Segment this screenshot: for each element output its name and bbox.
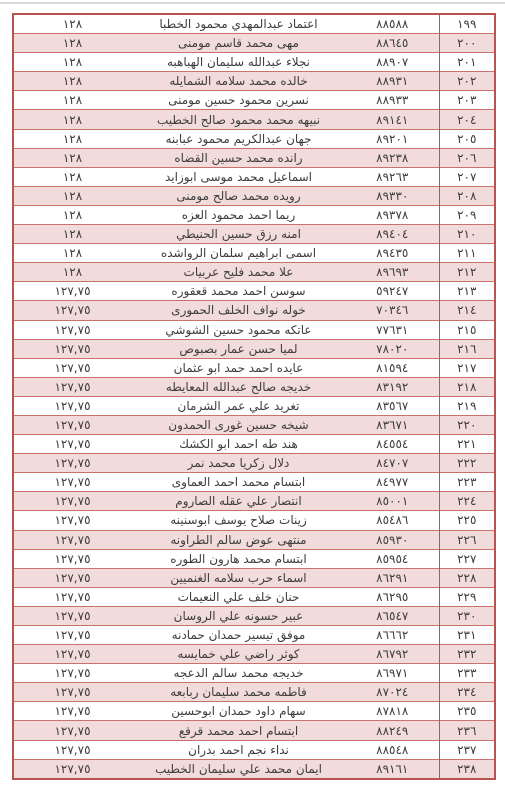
cell-id: ٨٩٣٧٨ xyxy=(346,205,439,224)
cell-id: ٨٦٩٧١ xyxy=(346,664,439,683)
table-row: ٢٠٣٨٨٩٣٣نسرين محمود حسين مومنى١٢٨ xyxy=(13,91,495,110)
table-row: ٢٢١٨٤٥٥٤هند طه احمد ابو الكشك١٢٧,٧٥ xyxy=(13,435,495,454)
cell-score: ١٢٧,٧٥ xyxy=(13,454,131,473)
cell-score: ١٢٧,٧٥ xyxy=(13,721,131,740)
cell-id: ٨٦٢٩١ xyxy=(346,568,439,587)
cell-id: ٨٨٥٤٨ xyxy=(346,740,439,759)
cell-rank: ٢٢٠ xyxy=(439,415,495,434)
cell-id: ٨٥٩٥٤ xyxy=(346,549,439,568)
cell-score: ١٢٨ xyxy=(13,14,131,34)
cell-rank: ٢٣٧ xyxy=(439,740,495,759)
cell-score: ١٢٧,٧٥ xyxy=(13,683,131,702)
table-row: ٢٢٢٨٤٧٠٧دلال زكريا محمد نمر١٢٧,٧٥ xyxy=(13,454,495,473)
cell-score: ١٢٨ xyxy=(13,244,131,263)
cell-rank: ٢٣٦ xyxy=(439,721,495,740)
cell-name: عايده احمد حمد ابو عثمان xyxy=(131,358,346,377)
cell-score: ١٢٨ xyxy=(13,148,131,167)
cell-rank: ٢١٧ xyxy=(439,358,495,377)
table-row: ٢٣٣٨٦٩٧١خديجه محمد سالم الدعجه١٢٧,٧٥ xyxy=(13,664,495,683)
table-row: ٢٠٠٨٨٦٤٥مهى محمد قاسم مومنى١٢٨ xyxy=(13,34,495,53)
table-row: ٢٣٧٨٨٥٤٨نداء نجم احمد بدران١٢٧,٧٥ xyxy=(13,740,495,759)
cell-score: ١٢٧,٧٥ xyxy=(13,358,131,377)
cell-rank: ٢٣١ xyxy=(439,626,495,645)
cell-rank: ١٩٩ xyxy=(439,14,495,34)
cell-name: نجلاء عبدالله سليمان الهباهبه xyxy=(131,53,346,72)
cell-id: ٨٣٥٦٧ xyxy=(346,396,439,415)
cell-rank: ٢٣٣ xyxy=(439,664,495,683)
cell-rank: ٢٢٢ xyxy=(439,454,495,473)
cell-id: ٨٥٩٣٠ xyxy=(346,530,439,549)
cell-name: ايمان محمد علي سليمان الخطيب xyxy=(131,759,346,779)
cell-score: ١٢٧,٧٥ xyxy=(13,626,131,645)
cell-score: ١٢٨ xyxy=(13,186,131,205)
cell-rank: ٢٢٦ xyxy=(439,530,495,549)
cell-id: ٨٨٥٨٨ xyxy=(346,14,439,34)
table-row: ٢٢٨٨٦٢٩١اسماء حرب سلامه الغنميين١٢٧,٧٥ xyxy=(13,568,495,587)
cell-score: ١٢٧,٧٥ xyxy=(13,301,131,320)
cell-name: عبير حسونه علي الروسان xyxy=(131,606,346,625)
cell-name: اسماعيل محمد موسى ابوزايد xyxy=(131,167,346,186)
cell-rank: ٢١٨ xyxy=(439,377,495,396)
cell-id: ٨٩٤٠٤ xyxy=(346,225,439,244)
cell-id: ٨٥٤٨٦ xyxy=(346,511,439,530)
cell-id: ٨٩٦٩٣ xyxy=(346,263,439,282)
table-row: ٢١٩٨٣٥٦٧تغريد علي عمر الشرمان١٢٧,٧٥ xyxy=(13,396,495,415)
cell-name: منتهى عوض سالم الطراونه xyxy=(131,530,346,549)
cell-name: انتصار علي عقله الصاروم xyxy=(131,492,346,511)
cell-rank: ٢٢٨ xyxy=(439,568,495,587)
cell-score: ١٢٧,٧٥ xyxy=(13,740,131,759)
cell-id: ٨٩٤٣٥ xyxy=(346,244,439,263)
table-row: ٢٢٦٨٥٩٣٠منتهى عوض سالم الطراونه١٢٧,٧٥ xyxy=(13,530,495,549)
cell-id: ٨٤٥٥٤ xyxy=(346,435,439,454)
cell-name: خالده محمد سلامه الشمايله xyxy=(131,72,346,91)
table-row: ١٩٩٨٨٥٨٨اعتماد عبدالمهدي محمود الخطبا١٢٨ xyxy=(13,14,495,34)
cell-name: رويده محمد صالح مومنى xyxy=(131,186,346,205)
cell-score: ١٢٨ xyxy=(13,205,131,224)
cell-score: ١٢٧,٧٥ xyxy=(13,415,131,434)
cell-rank: ٢٠٤ xyxy=(439,110,495,129)
cell-rank: ٢٠١ xyxy=(439,53,495,72)
cell-id: ٨٨٩٣١ xyxy=(346,72,439,91)
cell-id: ٨٩٢٣٨ xyxy=(346,148,439,167)
cell-score: ١٢٨ xyxy=(13,91,131,110)
cell-name: ابتسام احمد محمد قرقع xyxy=(131,721,346,740)
cell-score: ١٢٧,٧٥ xyxy=(13,511,131,530)
table-row: ٢٠٤٨٩١٤١نبيهه محمد محمود صالح الخطيب١٢٨ xyxy=(13,110,495,129)
table-row: ٢١٨٨٣١٩٢خديجه صالح عبدالله المعايطه١٢٧,٧… xyxy=(13,377,495,396)
cell-id: ٨٩٢٠١ xyxy=(346,129,439,148)
table-row: ٢٣٤٨٧٠٢٤فاطمه محمد سليمان ربابعه١٢٧,٧٥ xyxy=(13,683,495,702)
cell-name: كوثر راضي علي خمايسه xyxy=(131,645,346,664)
cell-rank: ٢٢٧ xyxy=(439,549,495,568)
cell-rank: ٢١٦ xyxy=(439,339,495,358)
table-row: ٢٢٤٨٥٠٠١انتصار علي عقله الصاروم١٢٧,٧٥ xyxy=(13,492,495,511)
cell-name: سوسن احمد محمد قعقوره xyxy=(131,282,346,301)
table-row: ٢١٧٨١٥٩٤عايده احمد حمد ابو عثمان١٢٧,٧٥ xyxy=(13,358,495,377)
cell-name: نداء نجم احمد بدران xyxy=(131,740,346,759)
cell-score: ١٢٨ xyxy=(13,110,131,129)
cell-id: ٨٩٣٣٠ xyxy=(346,186,439,205)
table-row: ٢١٣٥٩٢٤٧سوسن احمد محمد قعقوره١٢٧,٧٥ xyxy=(13,282,495,301)
cell-id: ٨٩١٦١ xyxy=(346,759,439,779)
cell-id: ٨٨٢٤٩ xyxy=(346,721,439,740)
cell-id: ٥٩٢٤٧ xyxy=(346,282,439,301)
cell-score: ١٢٨ xyxy=(13,34,131,53)
cell-name: عاتكه محمود حسين الشوشي xyxy=(131,320,346,339)
table-row: ٢٢٠٨٣٦٧١شيخه حسين غورى الحمدون١٢٧,٧٥ xyxy=(13,415,495,434)
table-row: ٢٣٦٨٨٢٤٩ابتسام احمد محمد قرقع١٢٧,٧٥ xyxy=(13,721,495,740)
scan-artifact-line xyxy=(0,2,505,4)
cell-id: ٨٩١٤١ xyxy=(346,110,439,129)
results-table-body: ١٩٩٨٨٥٨٨اعتماد عبدالمهدي محمود الخطبا١٢٨… xyxy=(13,14,495,779)
cell-id: ٨٦٦٦٢ xyxy=(346,626,439,645)
cell-rank: ٢٠٩ xyxy=(439,205,495,224)
cell-name: اعتماد عبدالمهدي محمود الخطبا xyxy=(131,14,346,34)
cell-id: ٨٩٢٦٣ xyxy=(346,167,439,186)
cell-name: فاطمه محمد سليمان ربابعه xyxy=(131,683,346,702)
cell-id: ٧٧٦٣١ xyxy=(346,320,439,339)
results-table: ١٩٩٨٨٥٨٨اعتماد عبدالمهدي محمود الخطبا١٢٨… xyxy=(12,13,496,780)
cell-id: ٨١٥٩٤ xyxy=(346,358,439,377)
table-row: ٢٠٦٨٩٢٣٨رانده محمد حسين القضاه١٢٨ xyxy=(13,148,495,167)
table-row: ٢٣٨٨٩١٦١ايمان محمد علي سليمان الخطيب١٢٧,… xyxy=(13,759,495,779)
cell-id: ٨٧٨١٨ xyxy=(346,702,439,721)
table-row: ٢٢٩٨٦٢٩٥حنان خلف علي النعيمات١٢٧,٧٥ xyxy=(13,587,495,606)
cell-score: ١٢٧,٧٥ xyxy=(13,435,131,454)
cell-name: نبيهه محمد محمود صالح الخطيب xyxy=(131,110,346,129)
cell-name: ابتسام محمد هارون الطوره xyxy=(131,549,346,568)
cell-rank: ٢١٤ xyxy=(439,301,495,320)
cell-score: ١٢٧,٧٥ xyxy=(13,530,131,549)
cell-rank: ٢٢٩ xyxy=(439,587,495,606)
cell-rank: ٢٣٤ xyxy=(439,683,495,702)
table-row: ٢٠٢٨٨٩٣١خالده محمد سلامه الشمايله١٢٨ xyxy=(13,72,495,91)
cell-rank: ٢٠٠ xyxy=(439,34,495,53)
cell-id: ٨٦٢٩٥ xyxy=(346,587,439,606)
table-row: ٢١٤٧٠٣٤٦خوله نواف الخلف الحمورى١٢٧,٧٥ xyxy=(13,301,495,320)
cell-rank: ٢٣٠ xyxy=(439,606,495,625)
cell-score: ١٢٧,٧٥ xyxy=(13,759,131,779)
cell-id: ٨٨٩٣٣ xyxy=(346,91,439,110)
cell-rank: ٢٠٨ xyxy=(439,186,495,205)
cell-score: ١٢٧,٧٥ xyxy=(13,587,131,606)
cell-score: ١٢٨ xyxy=(13,167,131,186)
cell-score: ١٢٧,٧٥ xyxy=(13,492,131,511)
cell-id: ٨٨٩٠٧ xyxy=(346,53,439,72)
cell-rank: ٢٠٥ xyxy=(439,129,495,148)
cell-rank: ٢٣٢ xyxy=(439,645,495,664)
cell-name: دلال زكريا محمد نمر xyxy=(131,454,346,473)
cell-id: ٨٤٩٧٧ xyxy=(346,473,439,492)
cell-rank: ٢٠٢ xyxy=(439,72,495,91)
cell-name: موفق تيسير حمدان حمادنه xyxy=(131,626,346,645)
cell-name: مهى محمد قاسم مومنى xyxy=(131,34,346,53)
cell-name: اسماء حرب سلامه الغنميين xyxy=(131,568,346,587)
cell-name: زينات صلاح يوسف ابوسنينه xyxy=(131,511,346,530)
table-row: ٢٠٨٨٩٣٣٠رويده محمد صالح مومنى١٢٨ xyxy=(13,186,495,205)
cell-score: ١٢٧,٧٥ xyxy=(13,549,131,568)
table-row: ٢٣١٨٦٦٦٢موفق تيسير حمدان حمادنه١٢٧,٧٥ xyxy=(13,626,495,645)
cell-id: ٧٨٠٢٠ xyxy=(346,339,439,358)
cell-rank: ٢١٠ xyxy=(439,225,495,244)
cell-name: شيخه حسين غورى الحمدون xyxy=(131,415,346,434)
cell-rank: ٢١٩ xyxy=(439,396,495,415)
cell-name: حنان خلف علي النعيمات xyxy=(131,587,346,606)
table-row: ٢٢٣٨٤٩٧٧ابتسام محمد احمد العماوى١٢٧,٧٥ xyxy=(13,473,495,492)
table-row: ٢١٥٧٧٦٣١عاتكه محمود حسين الشوشي١٢٧,٧٥ xyxy=(13,320,495,339)
table-row: ٢٠٩٨٩٣٧٨ريما احمد محمود العزه١٢٨ xyxy=(13,205,495,224)
table-row: ٢١٦٧٨٠٢٠لميا حسن عمار بصبوص١٢٧,٧٥ xyxy=(13,339,495,358)
cell-score: ١٢٨ xyxy=(13,72,131,91)
cell-id: ٨٤٧٠٧ xyxy=(346,454,439,473)
cell-id: ٨٦٥٤٧ xyxy=(346,606,439,625)
cell-name: جهان عبدالكريم محمود عبابنه xyxy=(131,129,346,148)
cell-rank: ٢٣٨ xyxy=(439,759,495,779)
cell-rank: ٢٠٧ xyxy=(439,167,495,186)
cell-score: ١٢٨ xyxy=(13,129,131,148)
cell-id: ٧٠٣٤٦ xyxy=(346,301,439,320)
cell-name: لميا حسن عمار بصبوص xyxy=(131,339,346,358)
cell-id: ٨٦٧٩٢ xyxy=(346,645,439,664)
table-row: ٢٠٧٨٩٢٦٣اسماعيل محمد موسى ابوزايد١٢٨ xyxy=(13,167,495,186)
cell-name: هند طه احمد ابو الكشك xyxy=(131,435,346,454)
cell-id: ٨٣١٩٢ xyxy=(346,377,439,396)
table-row: ٢٢٥٨٥٤٨٦زينات صلاح يوسف ابوسنينه١٢٧,٧٥ xyxy=(13,511,495,530)
cell-name: علا محمد فليح عربيات xyxy=(131,263,346,282)
scanned-document-page: ١٩٩٨٨٥٨٨اعتماد عبدالمهدي محمود الخطبا١٢٨… xyxy=(0,0,505,800)
cell-name: ابتسام محمد احمد العماوى xyxy=(131,473,346,492)
table-row: ٢٣٢٨٦٧٩٢كوثر راضي علي خمايسه١٢٧,٧٥ xyxy=(13,645,495,664)
cell-name: سهام داود حمدان ابوحسين xyxy=(131,702,346,721)
table-row: ٢١٢٨٩٦٩٣علا محمد فليح عربيات١٢٨ xyxy=(13,263,495,282)
table-row: ٢٢٧٨٥٩٥٤ابتسام محمد هارون الطوره١٢٧,٧٥ xyxy=(13,549,495,568)
cell-score: ١٢٧,٧٥ xyxy=(13,702,131,721)
cell-name: رانده محمد حسين القضاه xyxy=(131,148,346,167)
cell-rank: ٢٢١ xyxy=(439,435,495,454)
cell-id: ٨٨٦٤٥ xyxy=(346,34,439,53)
cell-id: ٨٣٦٧١ xyxy=(346,415,439,434)
cell-id: ٨٥٠٠١ xyxy=(346,492,439,511)
cell-score: ١٢٧,٧٥ xyxy=(13,645,131,664)
cell-rank: ٢٢٤ xyxy=(439,492,495,511)
table-row: ٢٣٠٨٦٥٤٧عبير حسونه علي الروسان١٢٧,٧٥ xyxy=(13,606,495,625)
cell-name: خديجه صالح عبدالله المعايطه xyxy=(131,377,346,396)
cell-score: ١٢٧,٧٥ xyxy=(13,377,131,396)
cell-rank: ٢١١ xyxy=(439,244,495,263)
cell-score: ١٢٧,٧٥ xyxy=(13,664,131,683)
table-row: ٢١٠٨٩٤٠٤امنه رزق حسين الحنيطي١٢٨ xyxy=(13,225,495,244)
cell-name: امنه رزق حسين الحنيطي xyxy=(131,225,346,244)
table-row: ٢٠١٨٨٩٠٧نجلاء عبدالله سليمان الهباهبه١٢٨ xyxy=(13,53,495,72)
cell-name: خوله نواف الخلف الحمورى xyxy=(131,301,346,320)
cell-rank: ٢١٢ xyxy=(439,263,495,282)
cell-score: ١٢٧,٧٥ xyxy=(13,282,131,301)
cell-rank: ٢٣٥ xyxy=(439,702,495,721)
cell-score: ١٢٧,٧٥ xyxy=(13,339,131,358)
table-row: ٢٠٥٨٩٢٠١جهان عبدالكريم محمود عبابنه١٢٨ xyxy=(13,129,495,148)
cell-score: ١٢٧,٧٥ xyxy=(13,320,131,339)
cell-rank: ٢١٥ xyxy=(439,320,495,339)
cell-name: نسرين محمود حسين مومنى xyxy=(131,91,346,110)
cell-score: ١٢٨ xyxy=(13,53,131,72)
cell-rank: ٢٠٦ xyxy=(439,148,495,167)
cell-rank: ٢٢٣ xyxy=(439,473,495,492)
cell-name: اسمى ابراهيم سلمان الرواشده xyxy=(131,244,346,263)
cell-name: ريما احمد محمود العزه xyxy=(131,205,346,224)
cell-score: ١٢٧,٧٥ xyxy=(13,568,131,587)
cell-rank: ٢٢٥ xyxy=(439,511,495,530)
cell-score: ١٢٨ xyxy=(13,263,131,282)
cell-name: تغريد علي عمر الشرمان xyxy=(131,396,346,415)
table-row: ٢٣٥٨٧٨١٨سهام داود حمدان ابوحسين١٢٧,٧٥ xyxy=(13,702,495,721)
cell-score: ١٢٧,٧٥ xyxy=(13,396,131,415)
cell-id: ٨٧٠٢٤ xyxy=(346,683,439,702)
cell-score: ١٢٧,٧٥ xyxy=(13,606,131,625)
cell-name: خديجه محمد سالم الدعجه xyxy=(131,664,346,683)
cell-rank: ٢١٣ xyxy=(439,282,495,301)
cell-rank: ٢٠٣ xyxy=(439,91,495,110)
cell-score: ١٢٨ xyxy=(13,225,131,244)
cell-score: ١٢٧,٧٥ xyxy=(13,473,131,492)
table-row: ٢١١٨٩٤٣٥اسمى ابراهيم سلمان الرواشده١٢٨ xyxy=(13,244,495,263)
